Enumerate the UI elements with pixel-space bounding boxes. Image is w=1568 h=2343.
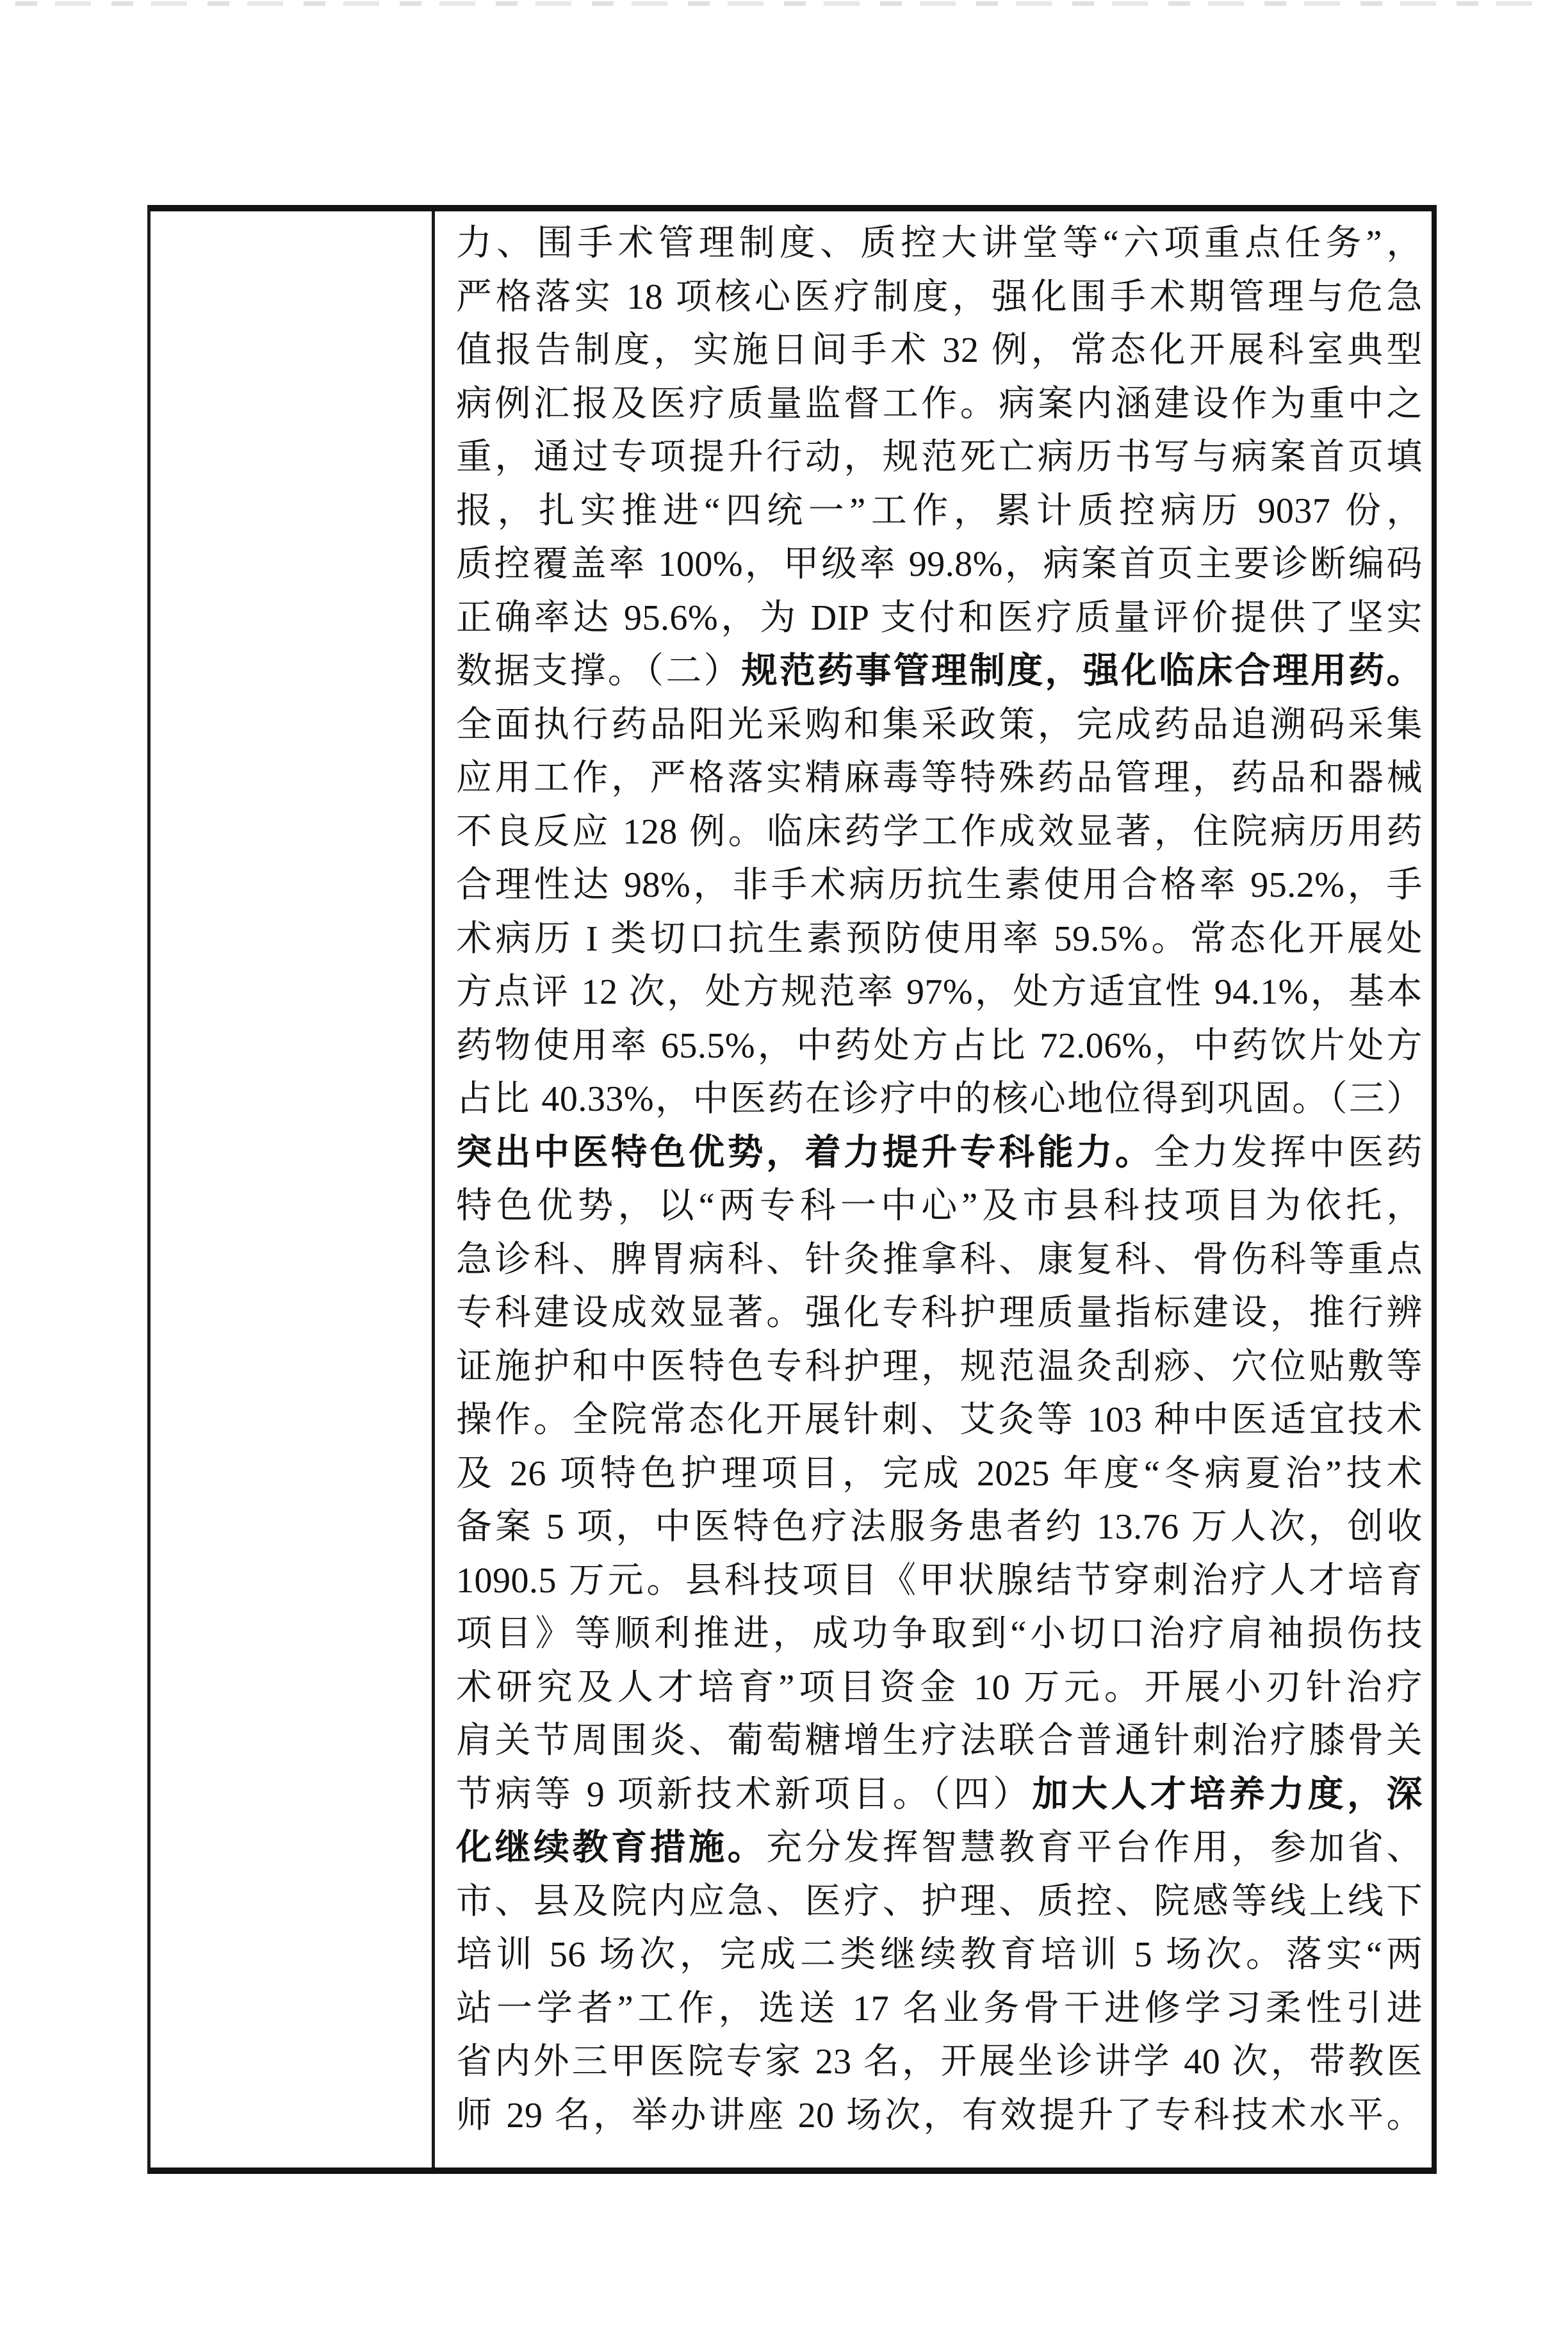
text-segment: 术病历 I 类切口抗生素预防使用率 59.5%。常态化开展处 [456,919,1423,959]
text-line: 省内外三甲医院专家 23 名，开展坐诊讲学 40 次，带教医 [456,2036,1423,2089]
bold-heading-segment: 规范药事管理制度，强化临床合理用药。 [742,651,1423,691]
text-segment: 重，通过专项提升行动，规范死亡病历书写与病案首页填 [456,437,1423,477]
text-segment: 病例汇报及医疗质量监督工作。病案内涵建设作为重中之 [456,384,1423,424]
text-line: 重，通过专项提升行动，规范死亡病历书写与病案首页填 [456,431,1423,485]
text-line: 术病历 I 类切口抗生素预防使用率 59.5%。常态化开展处 [456,913,1423,967]
table-right-column: 力、围手术管理制度、质控大讲堂等“六项重点任务”，严格落实 18 项核心医疗制度… [435,211,1432,2167]
text-segment: 值报告制度，实施日间手术 32 例，常态化开展科室典型 [456,331,1423,370]
text-segment: 合理性达 98%，非手术病历抗生素使用合格率 95.2%，手 [456,865,1423,905]
text-segment: 及 26 项特色护理项目，完成 2025 年度“冬病夏治”技术 [456,1454,1423,1494]
report-text-body: 力、围手术管理制度、质控大讲堂等“六项重点任务”，严格落实 18 项核心医疗制度… [456,217,1423,2143]
text-segment: 特色优势，以“两专科一中心”及市县科技项目为依托， [456,1186,1423,1226]
text-line: 值报告制度，实施日间手术 32 例，常态化开展科室典型 [456,324,1423,378]
scanned-document-page: 力、围手术管理制度、质控大讲堂等“六项重点任务”，严格落实 18 项核心医疗制度… [0,0,1568,2343]
text-line: 应用工作，严格落实精麻毒等特殊药品管理，药品和器械 [456,752,1423,806]
text-segment: 正确率达 95.6%，为 DIP 支付和医疗质量评价提供了坚实 [456,598,1423,638]
text-segment: 专科建设成效显著。强化专科护理质量指标建设，推行辨 [456,1293,1423,1333]
text-line: 备案 5 项，中医特色疗法服务患者约 13.76 万人次，创收 [456,1501,1423,1555]
text-segment: 不良反应 128 例。临床药学工作成效显著，住院病历用药 [456,812,1423,852]
text-line: 师 29 名，举办讲座 20 场次，有效提升了专科技术水平。 [456,2089,1423,2143]
text-line: 报，扎实推进“四统一”工作，累计质控病历 9037 份， [456,485,1423,539]
text-line: 肩关节周围炎、葡萄糖增生疗法联合普通针刺治疗膝骨关 [456,1715,1423,1768]
text-segment: 严格落实 18 项核心医疗制度，强化围手术期管理与危急 [456,277,1423,317]
text-segment: 方点评 12 次，处方规范率 97%，处方适宜性 94.1%，基本 [456,972,1423,1012]
text-line: 市、县及院内应急、医疗、护理、质控、院感等线上线下 [456,1875,1423,1929]
text-line: 不良反应 128 例。临床药学工作成效显著，住院病历用药 [456,806,1423,860]
text-line: 突出中医特色优势，着力提升专科能力。全力发挥中医药 [456,1127,1423,1180]
text-segment: 1090.5 万元。县科技项目《甲状腺结节穿刺治疗人才培育 [456,1561,1423,1601]
text-segment: 质控覆盖率 100%，甲级率 99.8%，病案首页主要诊断编码 [456,544,1423,584]
scan-noise-strip [15,1,1553,6]
bold-heading-segment: 加大人才培养力度，深 [1033,1775,1423,1815]
text-line: 急诊科、脾胃病科、针灸推拿科、康复科、骨伤科等重点 [456,1234,1423,1287]
text-segment: 省内外三甲医院专家 23 名，开展坐诊讲学 40 次，带教医 [456,2042,1423,2082]
text-segment: 备案 5 项，中医特色疗法服务患者约 13.76 万人次，创收 [456,1507,1423,1547]
text-line: 及 26 项特色护理项目，完成 2025 年度“冬病夏治”技术 [456,1448,1423,1501]
text-segment: 药物使用率 65.5%，中药处方占比 72.06%，中药饮片处方 [456,1026,1423,1066]
text-segment: 师 29 名，举办讲座 20 场次，有效提升了专科技术水平。 [456,2096,1423,2135]
text-line: 化继续教育措施。充分发挥智慧教育平台作用，参加省、 [456,1822,1423,1875]
text-line: 药物使用率 65.5%，中药处方占比 72.06%，中药饮片处方 [456,1020,1423,1074]
text-segment: 力、围手术管理制度、质控大讲堂等“六项重点任务”， [456,224,1423,263]
text-segment: 站一学者”工作，选送 17 名业务骨干进修学习柔性引进 [456,1989,1423,2029]
text-line: 证施护和中医特色专科护理，规范温灸刮痧、穴位贴敷等 [456,1341,1423,1394]
text-segment: 充分发挥智慧教育平台作用，参加省、 [766,1828,1423,1868]
text-line: 合理性达 98%，非手术病历抗生素使用合格率 95.2%，手 [456,859,1423,913]
text-segment: 全力发挥中医药 [1154,1133,1423,1173]
text-line: 全面执行药品阳光采购和集采政策，完成药品追溯码采集 [456,699,1423,753]
text-line: 病例汇报及医疗质量监督工作。病案内涵建设作为重中之 [456,378,1423,432]
bold-heading-segment: 化继续教育措施。 [456,1828,766,1868]
text-segment: 市、县及院内应急、医疗、护理、质控、院感等线上线下 [456,1882,1423,1922]
text-segment: 占比 40.33%，中医药在诊疗中的核心地位得到巩固。（三） [456,1079,1423,1119]
text-line: 术研究及人才培育”项目资金 10 万元。开展小刃针治疗 [456,1661,1423,1715]
text-line: 质控覆盖率 100%，甲级率 99.8%，病案首页主要诊断编码 [456,538,1423,592]
bold-heading-segment: 突出中医特色优势，着力提升专科能力。 [456,1133,1154,1173]
text-segment: 节病等 9 项新技术新项目。（四） [456,1775,1033,1815]
text-segment: 应用工作，严格落实精麻毒等特殊药品管理，药品和器械 [456,758,1423,798]
text-segment: 数据支撑。（二） [456,651,742,691]
text-line: 正确率达 95.6%，为 DIP 支付和医疗质量评价提供了坚实 [456,592,1423,646]
text-segment: 证施护和中医特色专科护理，规范温灸刮痧、穴位贴敷等 [456,1347,1423,1387]
text-line: 专科建设成效显著。强化专科护理质量指标建设，推行辨 [456,1287,1423,1341]
text-line: 特色优势，以“两专科一中心”及市县科技项目为依托， [456,1180,1423,1234]
text-line: 1090.5 万元。县科技项目《甲状腺结节穿刺治疗人才培育 [456,1555,1423,1608]
report-table: 力、围手术管理制度、质控大讲堂等“六项重点任务”，严格落实 18 项核心医疗制度… [147,205,1437,2174]
table-left-column [151,211,435,2167]
text-line: 操作。全院常态化开展针刺、艾灸等 103 种中医适宜技术 [456,1394,1423,1448]
text-segment: 急诊科、脾胃病科、针灸推拿科、康复科、骨伤科等重点 [456,1240,1423,1280]
text-line: 站一学者”工作，选送 17 名业务骨干进修学习柔性引进 [456,1982,1423,2036]
text-segment: 肩关节周围炎、葡萄糖增生疗法联合普通针刺治疗膝骨关 [456,1721,1423,1761]
text-line: 占比 40.33%，中医药在诊疗中的核心地位得到巩固。（三） [456,1073,1423,1127]
text-line: 方点评 12 次，处方规范率 97%，处方适宜性 94.1%，基本 [456,966,1423,1020]
text-line: 节病等 9 项新技术新项目。（四）加大人才培养力度，深 [456,1768,1423,1822]
text-segment: 项目》等顺利推进，成功争取到“小切口治疗肩袖损伤技 [456,1614,1423,1654]
text-segment: 报，扎实推进“四统一”工作，累计质控病历 9037 份， [456,491,1423,531]
text-segment: 全面执行药品阳光采购和集采政策，完成药品追溯码采集 [456,705,1423,745]
text-line: 力、围手术管理制度、质控大讲堂等“六项重点任务”， [456,217,1423,271]
text-segment: 术研究及人才培育”项目资金 10 万元。开展小刃针治疗 [456,1668,1423,1708]
text-line: 严格落实 18 项核心医疗制度，强化围手术期管理与危急 [456,271,1423,325]
text-segment: 操作。全院常态化开展针刺、艾灸等 103 种中医适宜技术 [456,1400,1423,1440]
text-line: 数据支撑。（二）规范药事管理制度，强化临床合理用药。 [456,645,1423,699]
text-line: 培训 56 场次，完成二类继续教育培训 5 场次。落实“两 [456,1929,1423,1982]
text-segment: 培训 56 场次，完成二类继续教育培训 5 场次。落实“两 [456,1935,1423,1975]
text-line: 项目》等顺利推进，成功争取到“小切口治疗肩袖损伤技 [456,1608,1423,1661]
